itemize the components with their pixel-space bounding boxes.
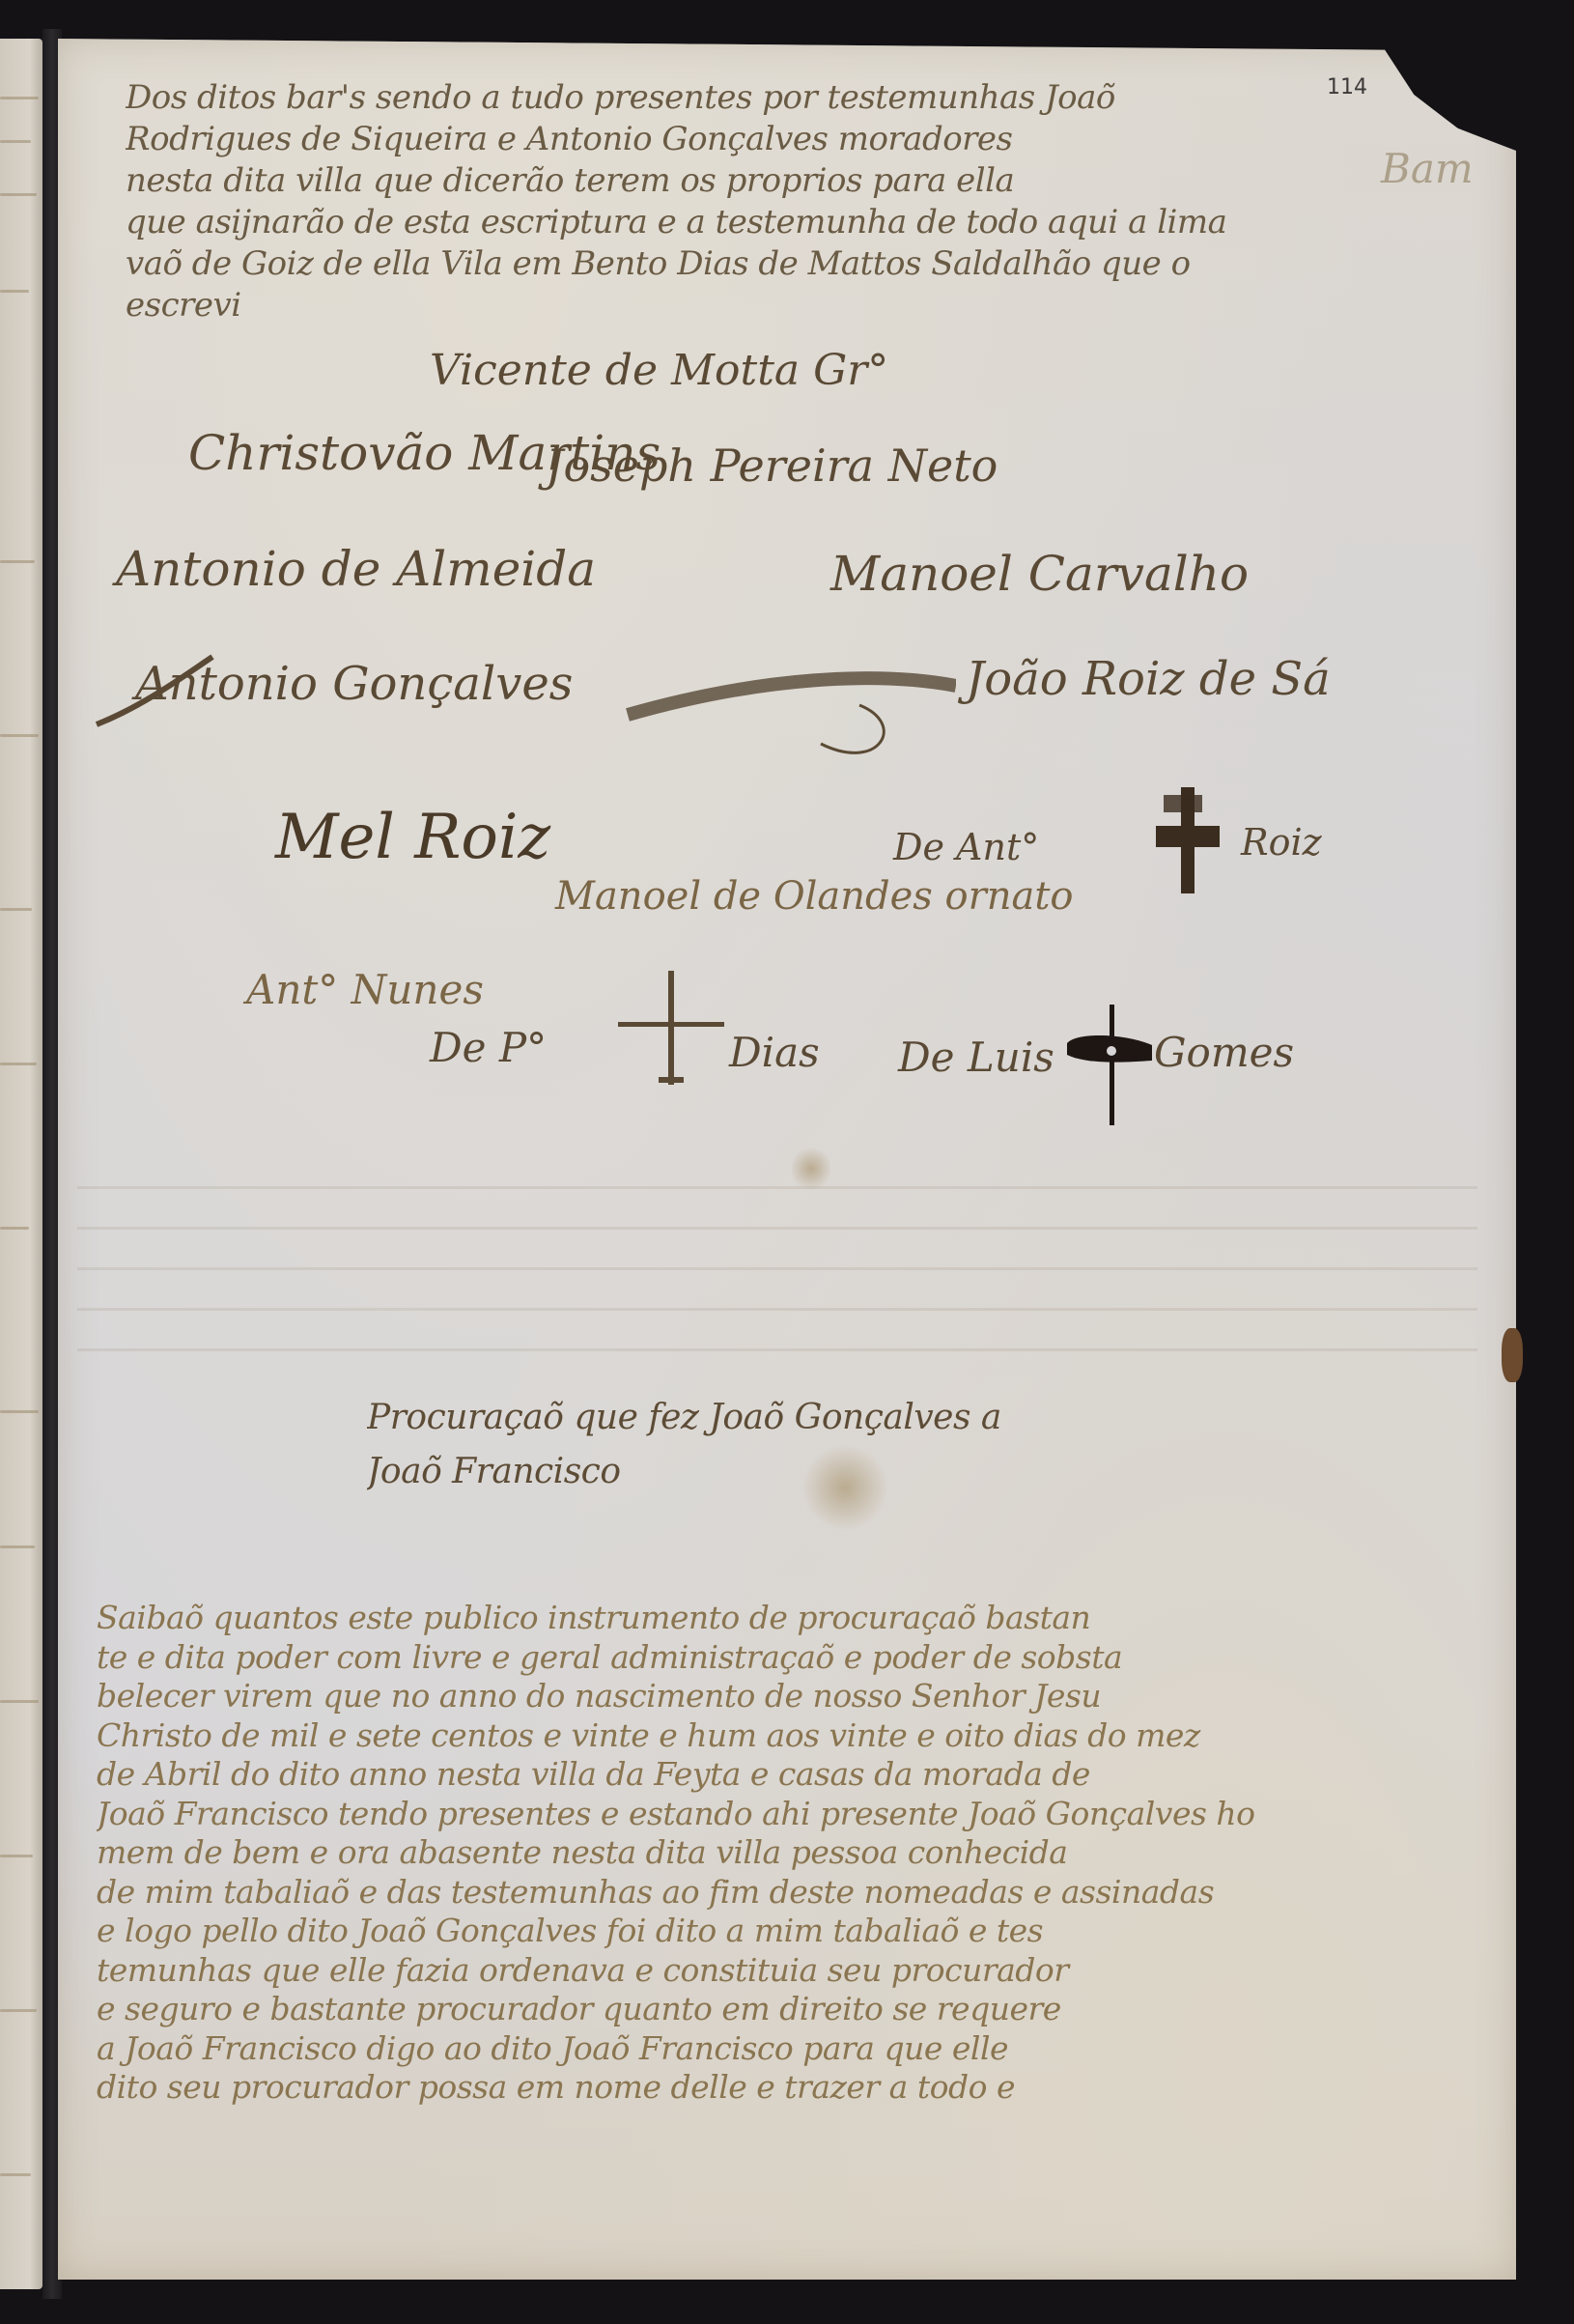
heading-line: Procuraçaõ que fez Joaõ Gonçalves a (367, 1391, 1001, 1445)
text-line: belecer virem que no anno do nascimento … (97, 1677, 1487, 1716)
signature: Roiz (1241, 821, 1322, 864)
top-paragraph: Dos ditos bar's sendo a tudo presentes p… (126, 77, 1487, 326)
signature: João Roiz de Sá (966, 652, 1331, 706)
text-line: te e dita poder com livre e geral admini… (97, 1638, 1487, 1678)
text-line: temunhas que elle fazia ordenava e const… (97, 1951, 1487, 1991)
cross-mark-icon (1154, 778, 1222, 903)
text-line: de mim tabaliaõ e das testemunhas ao fim… (97, 1873, 1487, 1913)
edge-stain (1502, 1328, 1523, 1382)
text-line: Christo de mil e sete centos e vinte e h… (97, 1716, 1487, 1756)
text-line: dito seu procurador possa em nome delle … (97, 2068, 1487, 2108)
signature: Vicente de Motta Gr° (430, 346, 888, 395)
text-line: e seguro e bastante procurador quanto em… (97, 1990, 1487, 2029)
bleed-through-text (77, 1159, 1477, 1372)
text-line: vaõ de Goiz de ella Vila em Bento Dias d… (126, 243, 1487, 285)
facing-page-strip (0, 39, 42, 2289)
signature: Joseph Pereira Neto (546, 439, 998, 492)
body-paragraph: Saibaõ quantos este publico instrumento … (97, 1599, 1487, 2108)
heading-line: Joaõ Francisco (367, 1445, 1001, 1499)
text-line: de Abril do dito anno nesta villa da Fey… (97, 1755, 1487, 1795)
text-line: escrevi (126, 285, 1487, 326)
signature: Mel Roiz (275, 802, 550, 873)
text-line: a Joaõ Francisco digo ao dito Joaõ Franc… (97, 2029, 1487, 2069)
signature: Gomes (1154, 1029, 1294, 1076)
cross-mark-icon (1067, 1005, 1154, 1130)
cross-mark-icon (618, 966, 724, 1091)
text-line: Saibaõ quantos este publico instrumento … (97, 1599, 1487, 1638)
text-line: Dos ditos bar's sendo a tudo presentes p… (126, 77, 1487, 119)
text-line: mem de bem e ora abasente nesta dita vil… (97, 1833, 1487, 1873)
signature-flourish (87, 618, 956, 763)
text-line: e logo pello dito Joaõ Gonçalves foi dit… (97, 1912, 1487, 1951)
signature: De Ant° (893, 826, 1039, 868)
text-line: que asijnarão de esta escriptura e a tes… (126, 202, 1487, 243)
signature: Ant° Nunes (246, 966, 484, 1013)
ink-stain (792, 1145, 830, 1193)
text-line: nesta dita villa que dicerão terem os pr… (126, 160, 1487, 202)
text-line: Joaõ Francisco tendo presentes e estando… (97, 1795, 1487, 1834)
signature: De P° (430, 1024, 547, 1071)
signature: Manoel de Olandes ornato (555, 874, 1074, 919)
text-line: Rodrigues de Siqueira e Antonio Gonçalve… (126, 119, 1487, 160)
signature: Antonio de Almeida (116, 541, 596, 597)
signature: Manoel Carvalho (830, 546, 1249, 602)
signature: Dias (729, 1029, 820, 1076)
section-heading: Procuraçaõ que fez Joaõ Gonçalves a Joaõ… (367, 1391, 1001, 1499)
signature: De Luis (898, 1034, 1054, 1081)
